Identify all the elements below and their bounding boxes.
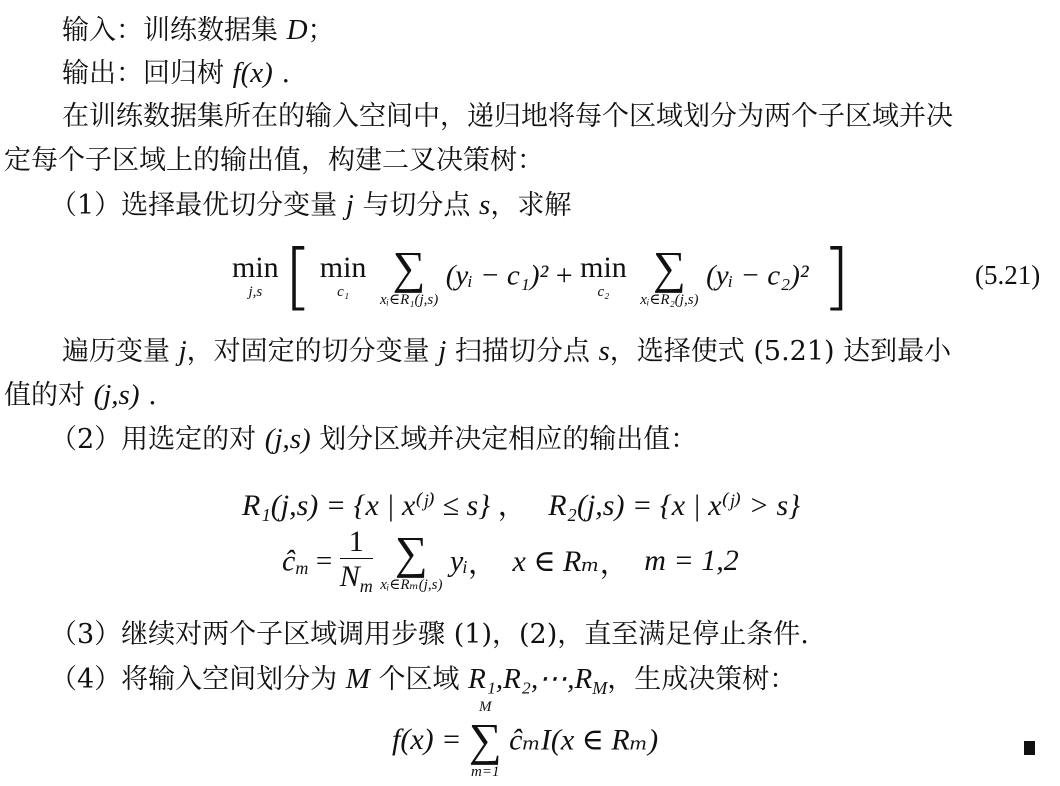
N: N	[340, 560, 360, 593]
cond-m: m = 1,2	[644, 544, 738, 577]
intro-text-1: 在训练数据集所在的输入空间中，递归地将每个区域划分为两个子区域并决	[62, 101, 953, 132]
step2-end: 划分区域并决定相应的输出值：	[319, 424, 697, 455]
fraction: 1 Nm	[340, 525, 373, 598]
sum-2: ∑ xᵢ∈R₂(j,s)	[640, 245, 698, 308]
min-op: min	[580, 253, 627, 283]
separator: ，	[498, 490, 527, 522]
intro-line-1: 在训练数据集所在的输入空间中，递归地将每个区域划分为两个子区域并决	[62, 103, 953, 130]
sum-1: ∑ xᵢ∈R₁(j,s)	[380, 245, 438, 308]
min-sub: c₁	[320, 285, 367, 300]
text: ，对固定的切分变量	[187, 336, 430, 367]
var-s: s	[599, 335, 610, 367]
text: 值的对	[4, 380, 85, 411]
punct: .	[281, 58, 290, 89]
step1-end: ，求解	[490, 190, 571, 221]
var-j: j	[346, 189, 354, 221]
sq-term-2: (yᵢ − c₂)²	[706, 260, 809, 292]
text: ，选择使式 (5.21) 达到最小	[610, 336, 951, 367]
sum-sub: xᵢ∈R₂(j,s)	[640, 293, 698, 308]
step-1: （1）选择最优切分变量 j 与切分点 s，求解	[50, 191, 571, 220]
min-sub: j,s	[232, 285, 279, 300]
c-hat: ĉ	[282, 544, 295, 577]
step1-mid: 与切分点	[362, 190, 470, 221]
y-i: yᵢ	[450, 544, 468, 577]
min-sub: c₂	[580, 285, 627, 300]
punct: .	[148, 380, 157, 411]
tree-func: f(x)	[233, 57, 273, 89]
output-line: 输出：回归树 f(x) .	[62, 59, 290, 88]
var-j: j	[179, 335, 187, 367]
step-2: （2）用选定的对 (j,s) 划分区域并决定相应的输出值：	[50, 425, 697, 454]
step4-mid: 个区域	[379, 664, 460, 695]
sum-sub: xᵢ∈Rₘ(j,s)	[380, 578, 442, 593]
equation-final: f(x) = M ∑ m=1 ĉₘI(x ∈ Rₘ)	[392, 700, 658, 780]
min-c1: min c₁	[320, 253, 367, 300]
sigma-icon: ∑	[640, 245, 698, 291]
regions-list: R₁,R₂,⋯,R	[468, 663, 592, 695]
intro-text-2: 定每个子区域上的输出值，构建二叉决策树：	[4, 145, 544, 176]
sum-final: M ∑ m=1	[469, 700, 502, 780]
step4-prefix: （4）将输入空间划分为	[50, 664, 337, 695]
equation-label: (5.21)	[975, 262, 1040, 289]
sub-m: m	[360, 576, 373, 596]
step4-end: ，生成决策树：	[607, 664, 796, 695]
cond-x-in-rm: x ∈ Rₘ	[513, 545, 600, 578]
qed-square-icon	[1024, 741, 1035, 755]
text: 遍历变量	[62, 336, 170, 367]
var-j: j	[438, 335, 446, 367]
output-label: 输出：回归树	[62, 58, 224, 89]
equals: =	[316, 545, 332, 577]
sum-term: ĉₘI(x ∈ Rₘ)	[509, 724, 658, 757]
equation-5-21: min j,s [ min c₁ ∑ xᵢ∈R₁(j,s) (yᵢ − c₁)²…	[232, 234, 850, 318]
min-c2: min c₂	[580, 253, 627, 300]
outer-min: min j,s	[232, 253, 279, 300]
pair-js: (j,s)	[94, 379, 140, 411]
min-op: min	[320, 253, 367, 283]
step3-text: （3）继续对两个子区域调用步骤 (1)，(2)，直至满足停止条件.	[50, 619, 809, 650]
step1-prefix: （1）选择最优切分变量	[50, 190, 337, 221]
pair-js: (j,s)	[265, 423, 311, 455]
traverse-line-2: 值的对 (j,s) .	[4, 381, 157, 410]
min-op: min	[232, 253, 279, 283]
step2-prefix: （2）用选定的对	[50, 424, 256, 455]
plus: +	[556, 259, 573, 292]
sq-term-1: (yᵢ − c₁)²	[446, 260, 549, 292]
sum-sub: xᵢ∈R₁(j,s)	[380, 293, 438, 308]
sigma-icon: ∑	[469, 717, 502, 763]
sum-chat: ∑ xᵢ∈Rₘ(j,s)	[380, 530, 442, 593]
region-r1: R₁(j,s) = {x | x⁽ʲ⁾ ≤ s}	[242, 489, 490, 522]
sum-lower: m=1	[469, 765, 502, 780]
sub-m: m	[295, 558, 308, 578]
denominator: Nm	[340, 559, 373, 598]
traverse-line-1: 遍历变量 j，对固定的切分变量 j 扫描切分点 s，选择使式 (5.21) 达到…	[62, 337, 951, 366]
region-r2: R₂(j,s) = {x | x⁽ʲ⁾ > s}	[548, 489, 800, 522]
left-bracket: [	[284, 234, 312, 318]
numerator: 1	[340, 525, 373, 559]
var-s: s	[479, 189, 490, 221]
right-bracket: ]	[822, 234, 850, 318]
sigma-icon: ∑	[380, 245, 438, 291]
equation-c-hat: ĉm = 1 Nm ∑ xᵢ∈Rₘ(j,s) yᵢ， x ∈ Rₘ， m = 1…	[282, 525, 739, 598]
step-4: （4）将输入空间划分为 M 个区域 R₁,R₂,⋯,RM，生成决策树：	[50, 665, 796, 697]
intro-line-2: 定每个子区域上的输出值，构建二叉决策树：	[4, 147, 544, 174]
equation-regions: R₁(j,s) = {x | x⁽ʲ⁾ ≤ s} ， R₂(j,s) = {x …	[242, 483, 800, 524]
eq-number: (5.21)	[975, 260, 1040, 290]
sub-M: M	[592, 678, 607, 698]
sigma-icon: ∑	[380, 530, 442, 576]
var-M: M	[346, 663, 370, 695]
input-label: 输入：训练数据集	[62, 15, 278, 46]
step-3: （3）继续对两个子区域调用步骤 (1)，(2)，直至满足停止条件.	[50, 621, 809, 648]
text: 扫描切分点	[455, 336, 590, 367]
dataset-var: D	[287, 14, 308, 46]
sum-upper: M	[469, 700, 502, 715]
input-line: 输入：训练数据集 D；	[62, 16, 335, 45]
f-of-x: f(x) =	[392, 723, 461, 756]
punct: ；	[308, 15, 335, 46]
